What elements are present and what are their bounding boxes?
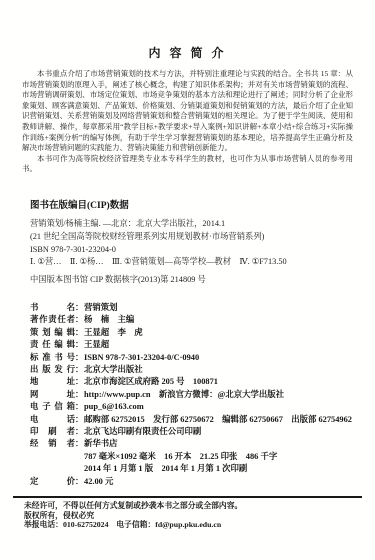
colophon-value: pup_6@163.com: [84, 402, 144, 411]
colophon-value: 邮购部 62752015 发行部 62750672 编辑部 62750667 出…: [84, 415, 352, 424]
colophon-value: 杨 楠 主编: [84, 315, 134, 324]
colophon-row: 著作责任者：杨 楠 主编: [30, 314, 361, 326]
abstract-section: 内 容 简 介 本书重点介绍了市场营销策划的技术与方法，并特别注重理论与实践的结…: [0, 44, 375, 175]
colophon-value: http://www.pup.cn 新浪官方微博：@北京大学出版社: [84, 390, 284, 399]
colophon-colon: ：: [75, 401, 84, 413]
cip-lines: 营销策划/杨楠主编. —北京：北京大学出版社，2014.1(21 世纪全国高等院…: [30, 218, 355, 287]
abstract-paragraph-1: 本书重点介绍了市场营销策划的技术与方法，并特别注重理论与实践的结合。全书共 15…: [22, 69, 353, 154]
colophon-label: 策划编辑: [30, 327, 75, 339]
abstract-title: 内 容 简 介: [0, 44, 375, 61]
colophon-value: 北京大学出版社: [84, 365, 143, 374]
colophon-row: 责任编辑：王显超: [30, 339, 361, 351]
colophon-value: 2014 年 1 月第 1 版 2014 年 1 月第 1 次印刷: [84, 464, 247, 473]
colophon-value: 新华书店: [84, 439, 118, 448]
colophon-row: ：787 毫米×1092 毫米 16 开本 21.25 印张 486 千字: [30, 451, 361, 463]
colophon-row: 电话：邮购部 62752015 发行部 62750672 编辑部 6275066…: [30, 414, 361, 426]
colophon-colon: ：: [75, 389, 84, 401]
colophon-colon: ：: [75, 376, 84, 388]
colophon-colon: ：: [75, 426, 84, 438]
colophon-row: 出版发行：北京大学出版社: [30, 364, 361, 376]
colophon-label: 印刷者: [30, 426, 75, 438]
cip-line: Ⅰ. ①营… Ⅱ. ①杨… Ⅲ. ①营销策划—高等学校—教材 Ⅳ. ①F713.…: [30, 256, 355, 269]
colophon-label: 出版发行: [30, 364, 75, 376]
colophon-colon: ：: [75, 352, 84, 364]
colophon-value: 北京飞达印刷有限责任公司印刷: [84, 427, 201, 436]
colophon-colon: ：: [75, 339, 84, 351]
cip-line: 中国版本图书馆 CIP 数据核字(2013)第 214809 号: [30, 274, 355, 287]
colophon-label: 网址: [30, 389, 75, 401]
colophon-colon: ：: [75, 438, 84, 450]
colophon-row: 地址：北京市海淀区成府路 205 号 100871: [30, 376, 361, 388]
colophon-colon: ：: [75, 414, 84, 426]
colophon-colon: ：: [75, 327, 84, 339]
colophon-row: 印刷者：北京飞达印刷有限责任公司印刷: [30, 426, 361, 438]
colophon-label: 著作责任者: [30, 314, 75, 326]
report-contact-line: 举报电话：010-62752024 电子信箱：fd@pup.pku.edu.cn: [24, 520, 362, 530]
all-rights-reserved-line: 版权所有，侵权必究: [24, 511, 362, 521]
colophon-label: 地址: [30, 376, 75, 388]
book-copyright-page: 内 容 简 介 本书重点介绍了市场营销策划的技术与方法，并特别注重理论与实践的结…: [0, 0, 375, 560]
copyright-warning-line: 未经许可，不得以任何方式复制或抄袭本书之部分或全部内容。: [24, 501, 362, 511]
colophon-row: ：2014 年 1 月第 1 版 2014 年 1 月第 1 次印刷: [30, 463, 361, 475]
colophon-value: 北京市海淀区成府路 205 号 100871: [84, 377, 218, 386]
colophon-label: 经销者: [30, 438, 75, 450]
colophon-label: 定价: [30, 476, 75, 488]
colophon-colon: ：: [75, 302, 84, 314]
colophon-label: 标准书号: [30, 352, 75, 364]
colophon-colon: ：: [75, 476, 84, 488]
colophon-value: 787 毫米×1092 毫米 16 开本 21.25 印张 486 千字: [84, 452, 277, 461]
colophon-value: ISBN 978-7-301-23204-0/C·0940: [84, 353, 199, 362]
colophon-label: 电子信箱: [30, 401, 75, 413]
cip-section: 图书在版编目(CIP)数据 营销策划/杨楠主编. —北京：北京大学出版社，201…: [30, 199, 355, 287]
colophon-section: 书名：营销策划著作责任者：杨 楠 主编策划编辑：王显超 李 虎责任编辑：王显超标…: [30, 302, 361, 488]
colophon-row: 定价：42.00 元: [30, 476, 361, 488]
colophon-label: 电话: [30, 414, 75, 426]
colophon-label: 书名: [30, 302, 75, 314]
colophon-value: 42.00 元: [84, 477, 113, 486]
cip-line: ISBN 978-7-301-23204-0: [30, 244, 355, 257]
colophon-colon: ：: [75, 364, 84, 376]
colophon-value: 营销策划: [84, 303, 118, 312]
cip-line: (21 世纪全国高等院校财经管理系列实用规划教材·市场营销系列): [30, 231, 355, 244]
abstract-paragraph-2: 本书可作为高等院校经济管理类专业本专科学生的教材，也可作为从事市场营销人员的参考…: [22, 154, 353, 175]
colophon-row: 经销者：新华书店: [30, 438, 361, 450]
colophon-colon: ：: [75, 314, 84, 326]
colophon-row: 书名：营销策划: [30, 302, 361, 314]
cip-heading: 图书在版编目(CIP)数据: [30, 199, 355, 213]
colophon-row: 电子信箱：pup_6@163.com: [30, 401, 361, 413]
colophon-row: 网址：http://www.pup.cn 新浪官方微博：@北京大学出版社: [30, 389, 361, 401]
cip-line: 营销策划/杨楠主编. —北京：北京大学出版社，2014.1: [30, 218, 355, 231]
colophon-value: 王显超: [84, 340, 109, 349]
colophon-row: 标准书号：ISBN 978-7-301-23204-0/C·0940: [30, 352, 361, 364]
colophon-row: 策划编辑：王显超 李 虎: [30, 327, 361, 339]
copyright-footer: 未经许可，不得以任何方式复制或抄袭本书之部分或全部内容。 版权所有，侵权必究 举…: [13, 496, 362, 530]
colophon-value: 王显超 李 虎: [84, 328, 143, 337]
colophon-label: 责任编辑: [30, 339, 75, 351]
